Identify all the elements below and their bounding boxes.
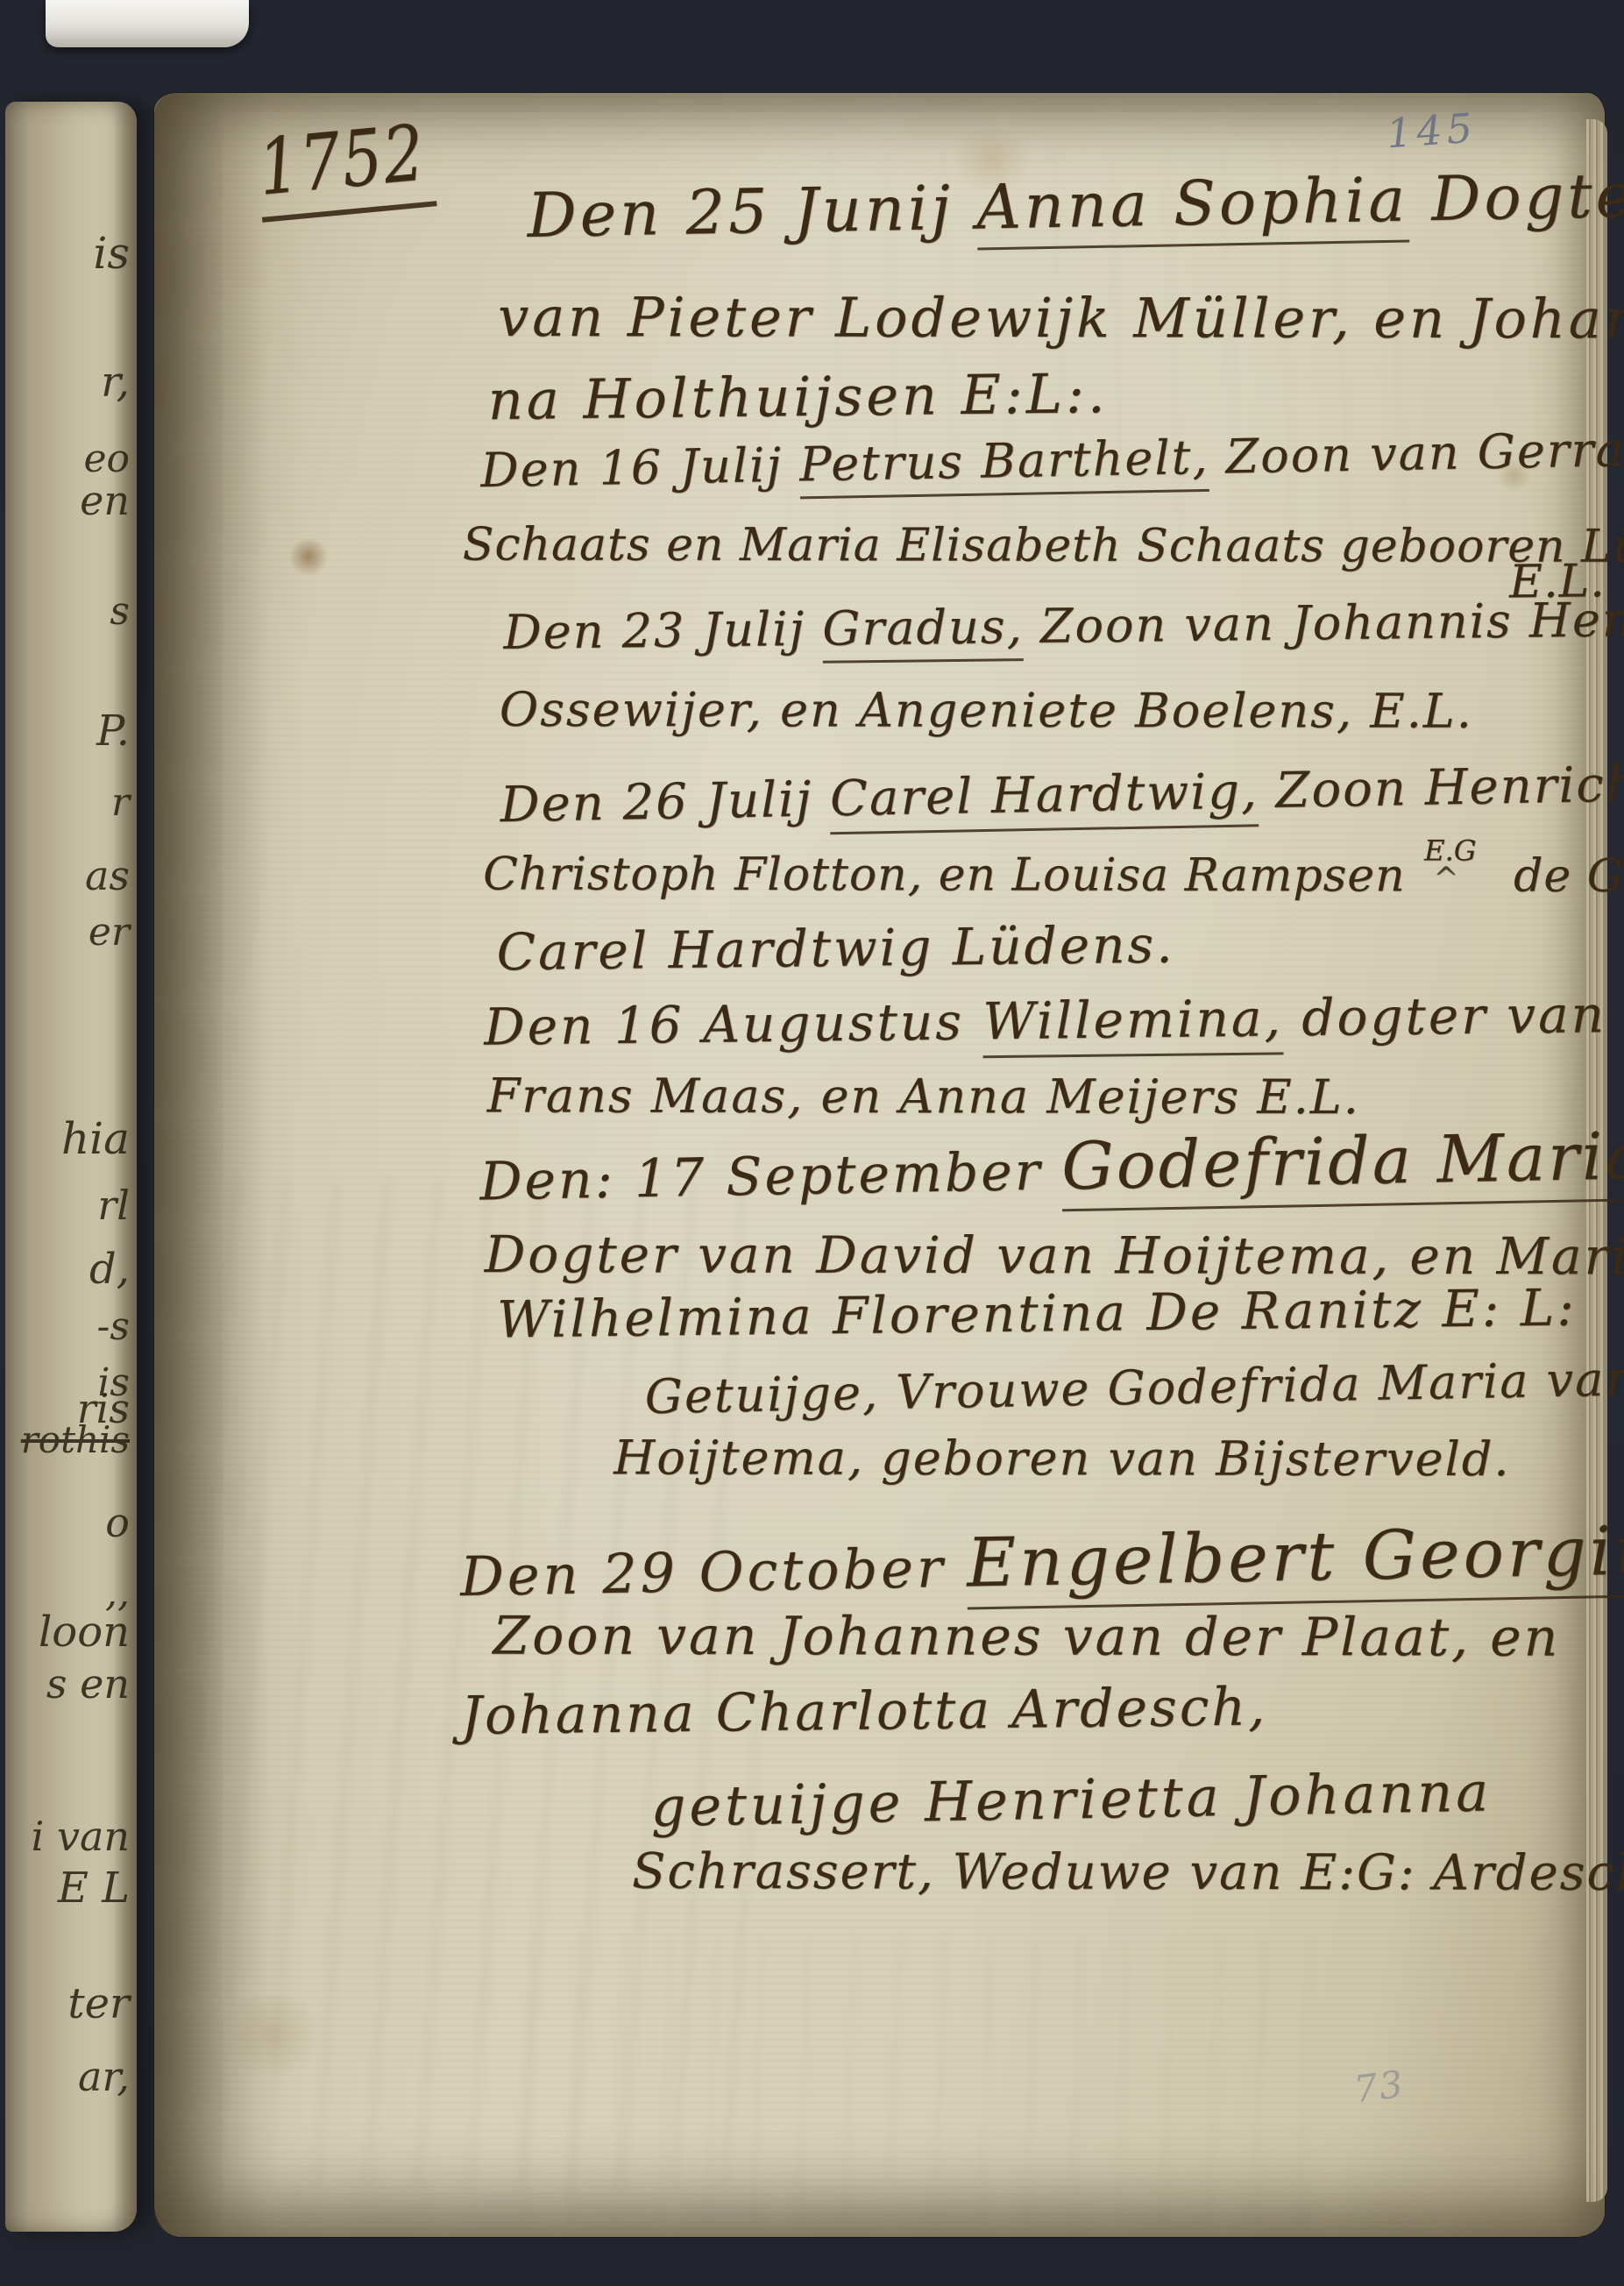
child-name: Petrus Barthelt, — [799, 430, 1210, 500]
witness-line: Getuijge, Vrouwe Godefrida Maria van — [644, 1354, 1624, 1422]
baptism-entry-line: Den 29 October Engelbert Georgius — [459, 1516, 1624, 1609]
baptism-entry-line: na Holthuijsen E:L:. — [487, 365, 1108, 429]
archival-photo-scene: is r, eo en s P. r as er hia rl d, -s is… — [0, 0, 1624, 2286]
child-name: Engelbert Georgius — [966, 1511, 1624, 1609]
baptism-entry-line: Den 25 Junij Anna Sophia Dogter — [527, 163, 1624, 248]
child-name: Godefrida Maria — [1061, 1118, 1624, 1211]
baptism-entry-line: Den 23 Julij Gradus, Zoon van Johannis H… — [503, 594, 1624, 658]
year-heading: 1752 — [262, 126, 477, 223]
baptism-entry-line: Dogter van David van Hoijtema, en Maria — [485, 1228, 1624, 1283]
child-name: Anna Sophia — [975, 164, 1408, 251]
baptism-entry-line: Schaats en Maria Elisabeth Schaats geboo… — [463, 521, 1624, 571]
baptism-entry-line: Ossewijer, en Angeniete Boelens, E.L. — [500, 685, 1473, 737]
insertion-caret: ^ — [1434, 863, 1460, 894]
baptism-entry-line: Den 26 Julij Carel Hardtwig, Zoon Henric… — [500, 759, 1624, 832]
baptism-entry-line: Carel Hardtwig Lüdens. — [496, 918, 1175, 979]
baptism-entry-line: Den 16 Julij Petrus Barthelt, Zoon van G… — [480, 423, 1624, 496]
baptism-entry-line: Den 16 Augustus Willemina, dogter van — [484, 988, 1606, 1054]
inserted-text: E.G^ — [1421, 855, 1498, 891]
witness-line: Schrassert, Weduwe van E:G: Ardesch — [632, 1847, 1624, 1900]
baptism-entry-line: Den: 17 September Godefrida Maria — [479, 1122, 1624, 1212]
baptism-entry-line: van Pieter Lodewijk Müller, en Johan, — [498, 288, 1624, 347]
child-name: Willemina, — [982, 988, 1283, 1058]
baptism-entry-line: Frans Maas, en Anna Meijers E.L. — [487, 1071, 1360, 1122]
witness-line: Hoijtema, geboren van Bijsterveld. — [613, 1433, 1510, 1484]
baptism-entry-line: Zoon van Johannes van der Plaat, en — [493, 1608, 1560, 1665]
baptism-entry-line: Johanna Charlotta Ardesch, — [461, 1679, 1268, 1743]
child-name: Gradus, — [822, 599, 1024, 664]
baptism-entry-line: Wilhelmina Florentina De Ranitz E: L: — [497, 1281, 1577, 1346]
witness-line: getuijge Henrietta Johanna — [650, 1763, 1493, 1835]
baptism-entry-line: Christoph Flotton, en Louisa Rampsen E.G… — [483, 850, 1624, 900]
year-value: 1752 — [253, 112, 436, 224]
handwriting-layer: 1752 Den 25 Junij Anna Sophia Dogter van… — [0, 0, 1624, 2286]
child-name: Carel Hardtwig, — [829, 763, 1259, 834]
